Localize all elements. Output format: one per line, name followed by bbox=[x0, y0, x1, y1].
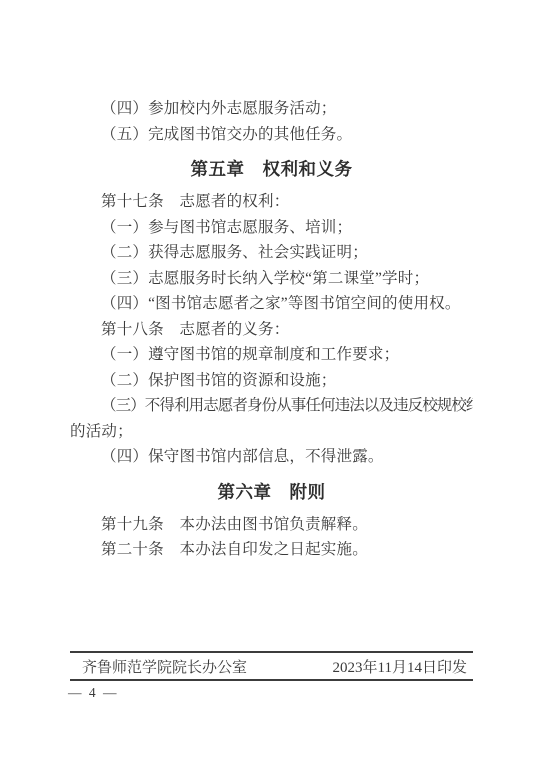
list-item: （四）“图书馆志愿者之家”等图书馆空间的使用权。 bbox=[70, 291, 473, 317]
document-page: （四）参加校内外志愿服务活动； （五）完成图书馆交办的其他任务。 第五章 权利和… bbox=[0, 0, 543, 768]
list-item-continuation: 的活动； bbox=[70, 419, 473, 445]
footer-issuer: 齐鲁师范学院院长办公室 bbox=[82, 656, 247, 677]
chapter-5-heading: 第五章 权利和义务 bbox=[70, 155, 473, 183]
list-item: （三）志愿服务时长纳入学校“第二课堂”学时； bbox=[70, 266, 473, 292]
document-body: （四）参加校内外志愿服务活动； （五）完成图书馆交办的其他任务。 第五章 权利和… bbox=[70, 96, 473, 563]
list-item: （二）保护图书馆的资源和设施； bbox=[70, 368, 473, 394]
list-item: （二）获得志愿服务、社会实践证明； bbox=[70, 240, 473, 266]
chapter-6-heading: 第六章 附则 bbox=[70, 478, 473, 506]
footer-print-date: 2023年11月14日印发 bbox=[333, 656, 467, 677]
page-number: — 4 — bbox=[68, 685, 119, 701]
article-18-lead: 第十八条 志愿者的义务： bbox=[70, 317, 473, 343]
list-item: （三）不得利用志愿者身份从事任何违法以及违反校规校纪 bbox=[70, 393, 473, 419]
article-19: 第十九条 本办法由图书馆负责解释。 bbox=[70, 512, 473, 538]
list-item: （四）参加校内外志愿服务活动； bbox=[70, 96, 473, 122]
list-item: （四）保守图书馆内部信息，不得泄露。 bbox=[70, 444, 473, 470]
list-item: （五）完成图书馆交办的其他任务。 bbox=[70, 122, 473, 148]
article-20: 第二十条 本办法自印发之日起实施。 bbox=[70, 537, 473, 563]
list-item: （一）遵守图书馆的规章制度和工作要求； bbox=[70, 342, 473, 368]
article-17-lead: 第十七条 志愿者的权利： bbox=[70, 189, 473, 215]
list-item: （一）参与图书馆志愿服务、培训； bbox=[70, 215, 473, 241]
colophon-bar: 齐鲁师范学院院长办公室 2023年11月14日印发 bbox=[70, 651, 473, 681]
